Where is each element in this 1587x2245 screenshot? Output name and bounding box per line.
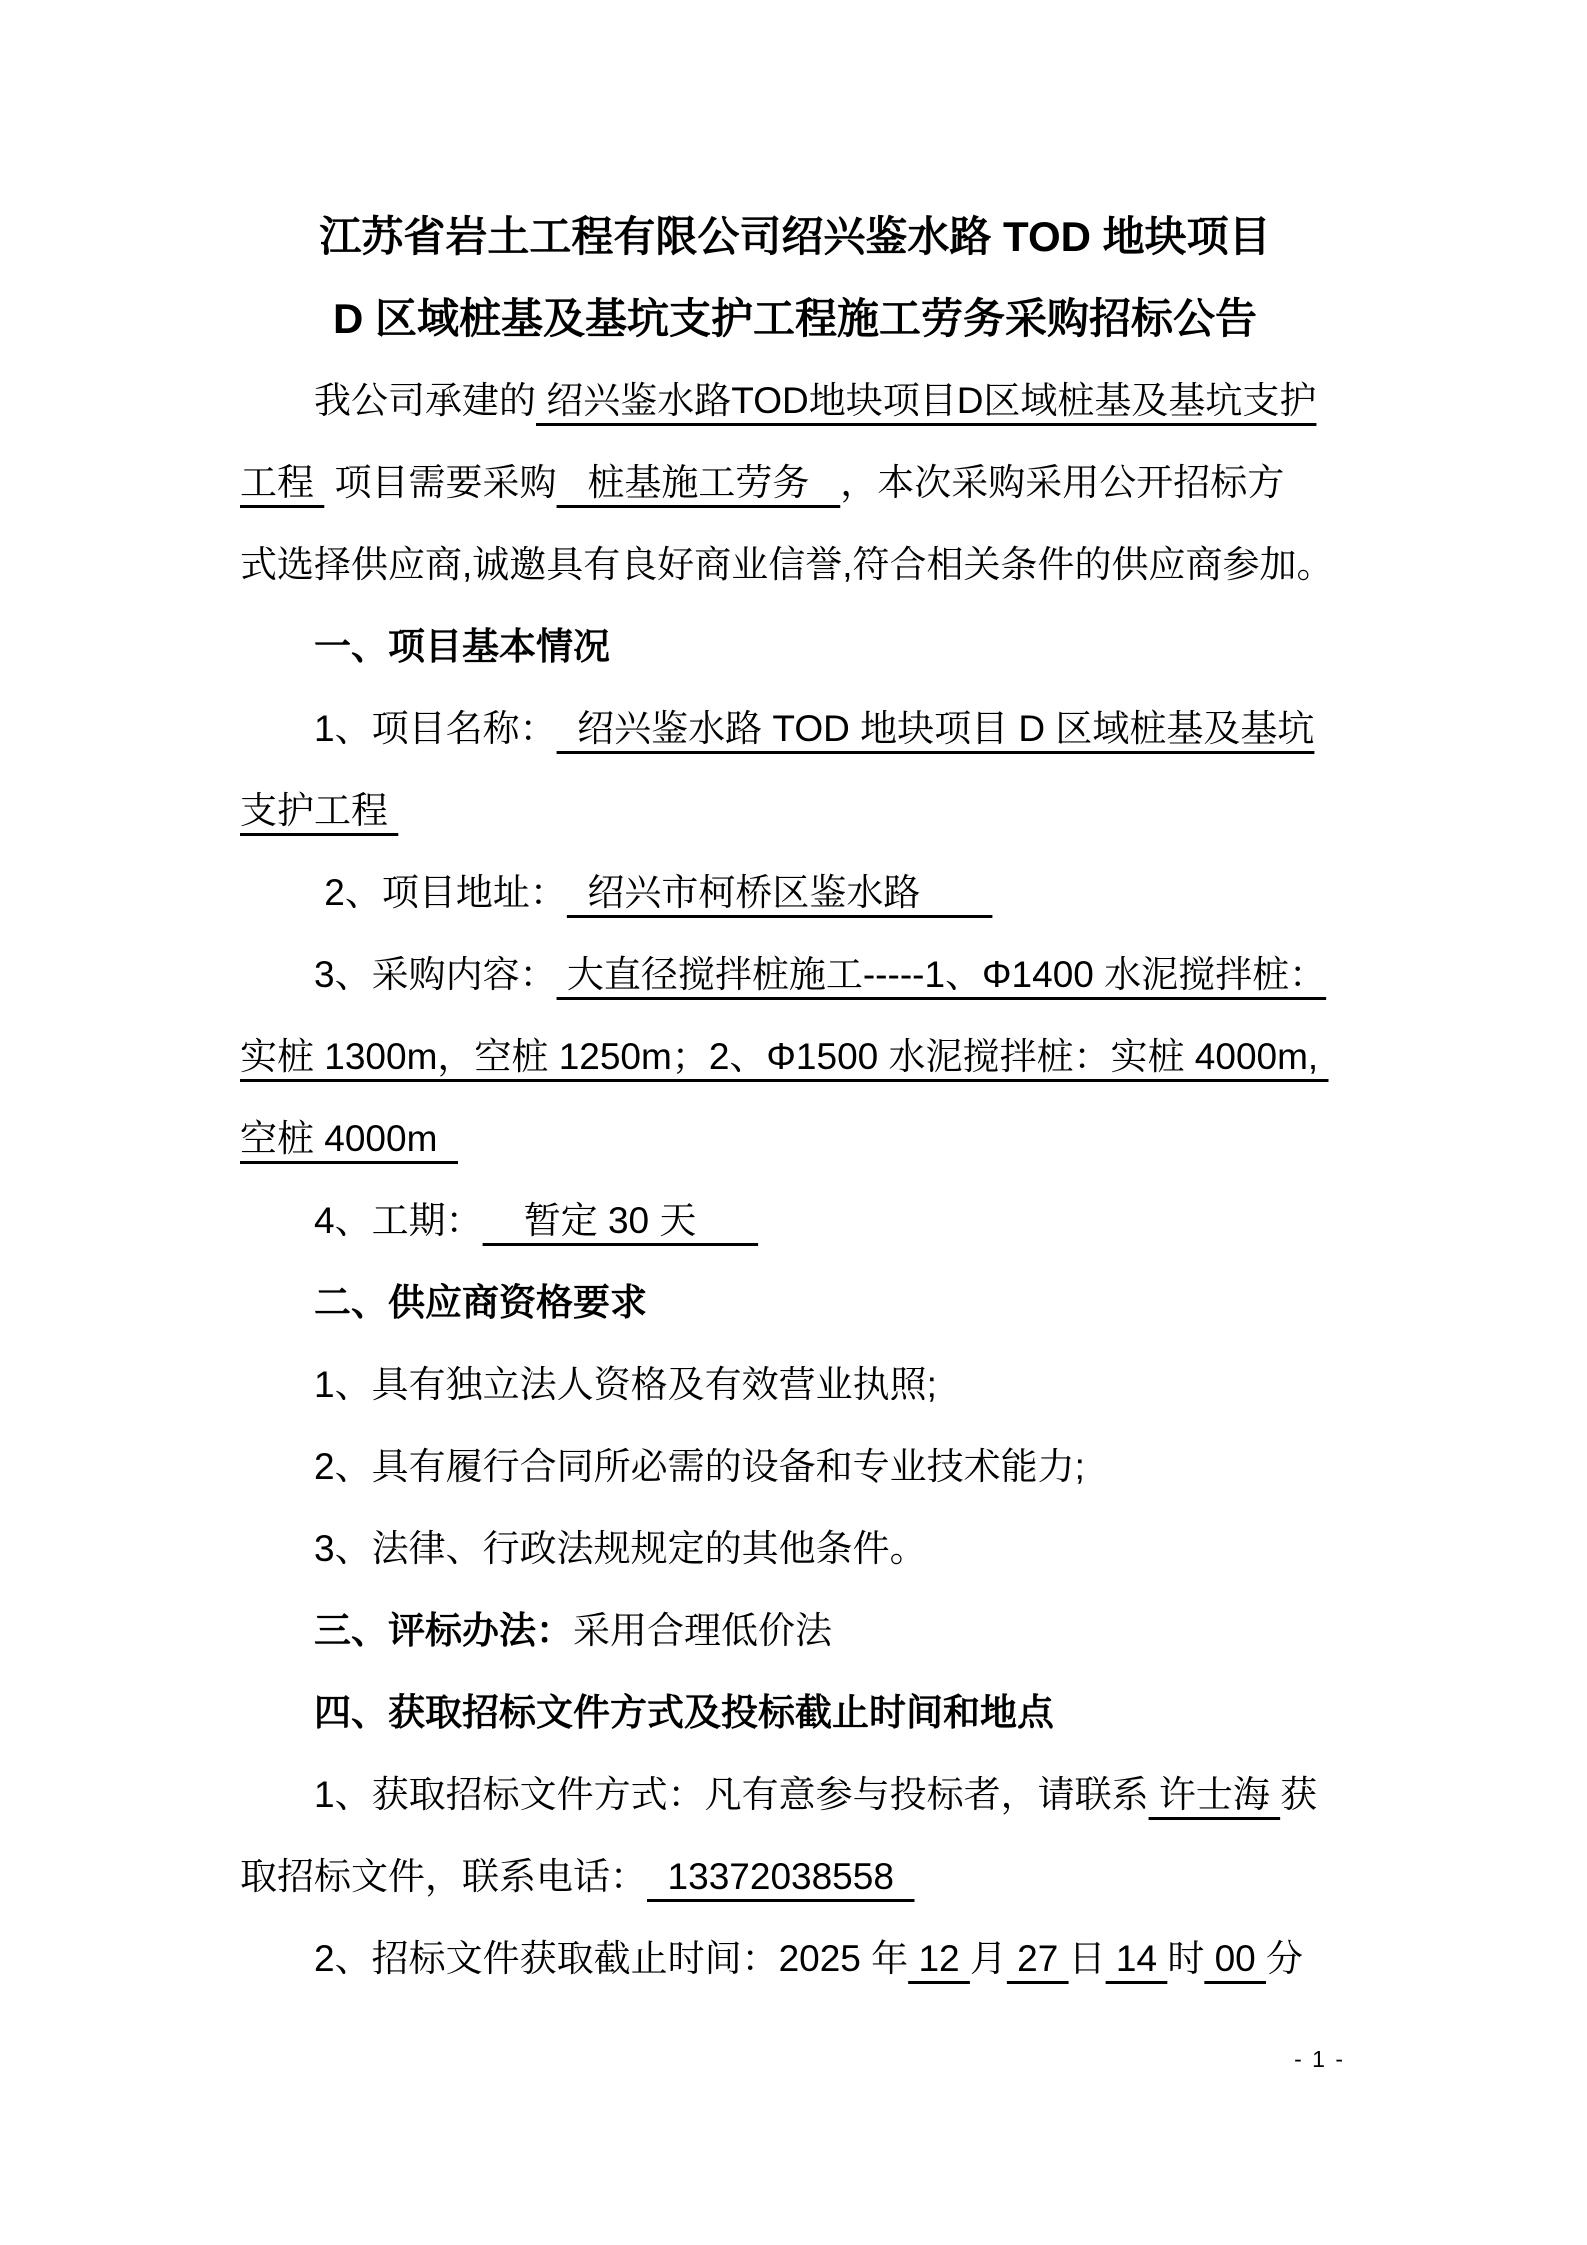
underlined-segment: 27 — [1007, 1938, 1069, 1979]
text-segment: 月 — [970, 1938, 1007, 1979]
document-title-line: 江苏省岩土工程有限公司绍兴鉴水路 TOD 地块项目 — [240, 196, 1350, 278]
underlined-segment: 空桩 4000m — [240, 1118, 458, 1159]
text-segment: 时 — [1167, 1938, 1204, 1979]
document-line: 2、具有履行合同所必需的设备和专业技术能力; — [240, 1426, 1350, 1508]
page-number: - 1 - — [1294, 2046, 1345, 2073]
text-segment: 1、项目名称： — [314, 708, 557, 749]
document-line: 2、项目地址： 绍兴市柯桥区鉴水路 — [240, 852, 1350, 934]
underlined-segment: 工程 — [240, 462, 324, 503]
text-segment: 分 — [1266, 1938, 1303, 1979]
document-line: 三、评标办法：采用合理低价法 — [240, 1590, 1350, 1672]
text-segment: 采用合理低价法 — [573, 1610, 832, 1651]
document-line: 3、法律、行政法规规定的其他条件。 — [240, 1508, 1350, 1590]
underlined-segment: 绍兴鉴水路 TOD 地块项目 D 区域桩基及基坑 — [557, 708, 1315, 749]
text-segment: 4、工期： — [314, 1200, 483, 1241]
text-segment: 2、项目地址： — [314, 872, 567, 913]
underlined-segment: 绍兴市柯桥区鉴水路 — [567, 872, 993, 913]
document-body: 江苏省岩土工程有限公司绍兴鉴水路 TOD 地块项目D 区域桩基及基坑支护工程施工… — [240, 196, 1350, 2000]
document-line: 支护工程 — [240, 770, 1350, 852]
underlined-segment: 许士海 — [1149, 1774, 1281, 1815]
document-title-line: D 区域桩基及基坑支护工程施工劳务采购招标公告 — [240, 278, 1350, 360]
underlined-segment: 绍兴鉴水路TOD地块项目D区域桩基及基坑支护 — [536, 380, 1316, 421]
text-segment: 二、供应商资格要求 — [314, 1282, 647, 1323]
text-segment: D 区域桩基及基坑支护工程施工劳务采购招标公告 — [333, 295, 1257, 342]
text-segment: 项目需要采购 — [324, 462, 556, 503]
document-line: 我公司承建的 绍兴鉴水路TOD地块项目D区域桩基及基坑支护 — [240, 360, 1350, 442]
text-segment: 2、招标文件获取截止时间：2025 年 — [314, 1938, 908, 1979]
underlined-segment: 大直径搅拌桩施工-----1、Φ1400 水泥搅拌桩： — [557, 954, 1327, 995]
underlined-segment: 00 — [1204, 1938, 1266, 1979]
underlined-segment: 实桩 1300m，空桩 1250m；2、Φ1500 水泥搅拌桩：实桩 4000m… — [240, 1036, 1328, 1077]
document-line: 工程 项目需要采购 桩基施工劳务 ，本次采购采用公开招标方 — [240, 442, 1350, 524]
document-line: 二、供应商资格要求 — [240, 1262, 1350, 1344]
text-segment: 2、具有履行合同所必需的设备和专业技术能力; — [314, 1446, 1085, 1487]
text-segment: 一、项目基本情况 — [314, 626, 610, 667]
document-line: 四、获取招标文件方式及投标截止时间和地点 — [240, 1672, 1350, 1754]
underlined-segment: 12 — [908, 1938, 970, 1979]
text-segment: 三、评标办法： — [314, 1610, 573, 1651]
text-segment: 3、采购内容： — [314, 954, 557, 995]
underlined-segment: 13372038558 — [647, 1856, 914, 1897]
underlined-segment: 支护工程 — [240, 790, 398, 831]
document-line: 1、项目名称： 绍兴鉴水路 TOD 地块项目 D 区域桩基及基坑 — [240, 688, 1350, 770]
text-segment: 1、具有独立法人资格及有效营业执照; — [314, 1364, 937, 1405]
document-line: 一、项目基本情况 — [240, 606, 1350, 688]
document-line: 式选择供应商,诚邀具有良好商业信誉,符合相关条件的供应商参加。 — [240, 524, 1350, 606]
underlined-segment: 14 — [1106, 1938, 1168, 1979]
text-segment: 式选择供应商,诚邀具有良好商业信誉,符合相关条件的供应商参加。 — [240, 544, 1334, 585]
text-segment: 获 — [1280, 1774, 1317, 1815]
document-line: 1、具有独立法人资格及有效营业执照; — [240, 1344, 1350, 1426]
document-line: 2、招标文件获取截止时间：2025 年 12 月 27 日 14 时 00 分 — [240, 1918, 1350, 2000]
text-segment: ，本次采购采用公开招标方 — [840, 462, 1284, 503]
text-segment: 四、获取招标文件方式及投标截止时间和地点 — [314, 1692, 1054, 1733]
text-segment: 3、法律、行政法规规定的其他条件。 — [314, 1528, 927, 1569]
text-segment: 江苏省岩土工程有限公司绍兴鉴水路 TOD 地块项目 — [319, 213, 1270, 260]
document-line: 实桩 1300m，空桩 1250m；2、Φ1500 水泥搅拌桩：实桩 4000m… — [240, 1016, 1350, 1098]
text-segment: 1、获取招标文件方式：凡有意参与投标者，请联系 — [314, 1774, 1149, 1815]
document-line: 4、工期： 暂定 30 天 — [240, 1180, 1350, 1262]
document-line: 3、采购内容： 大直径搅拌桩施工-----1、Φ1400 水泥搅拌桩： — [240, 934, 1350, 1016]
document-line: 空桩 4000m — [240, 1098, 1350, 1180]
document-line: 1、获取招标文件方式：凡有意参与投标者，请联系 许士海 获 — [240, 1754, 1350, 1836]
text-segment: 取招标文件，联系电话： — [240, 1856, 647, 1897]
underlined-segment: 桩基施工劳务 — [557, 462, 841, 503]
document-page: 江苏省岩土工程有限公司绍兴鉴水路 TOD 地块项目D 区域桩基及基坑支护工程施工… — [0, 0, 1587, 2245]
underlined-segment: 暂定 30 天 — [483, 1200, 759, 1241]
text-segment: 日 — [1069, 1938, 1106, 1979]
document-line: 取招标文件，联系电话： 13372038558 — [240, 1836, 1350, 1918]
text-segment: 我公司承建的 — [314, 380, 536, 421]
